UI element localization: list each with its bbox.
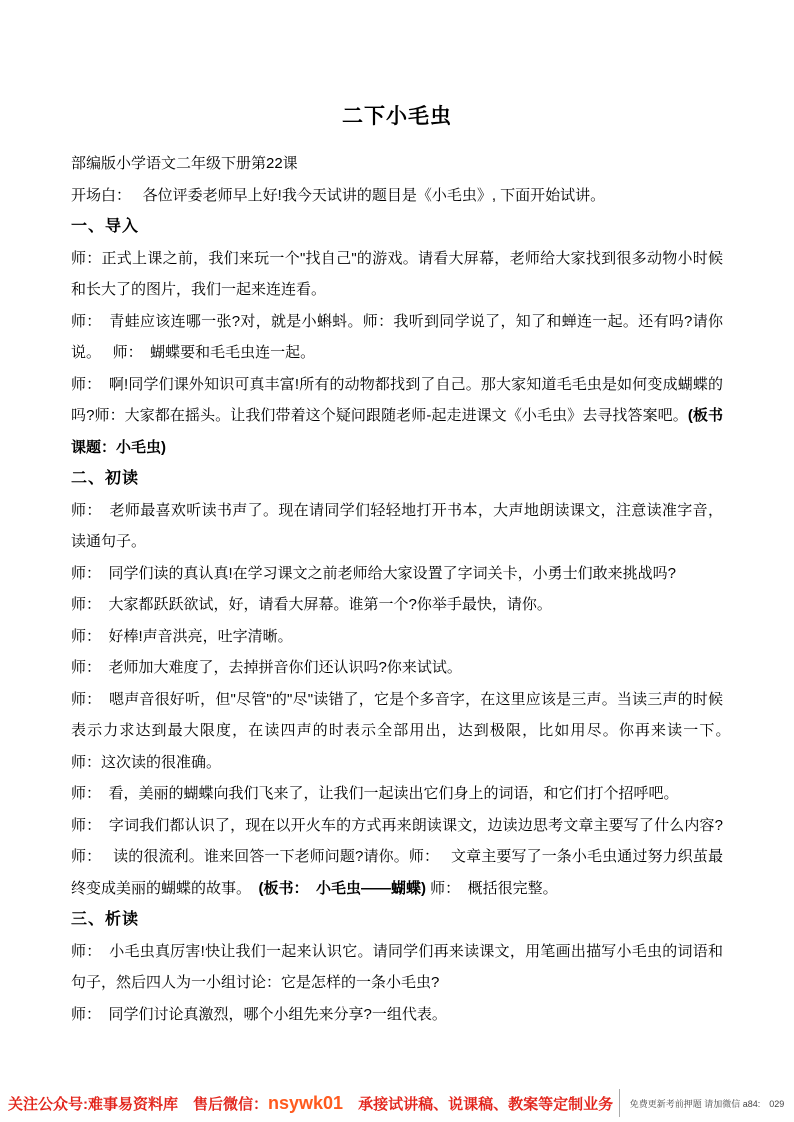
paragraph-text: 师： 小毛虫真厉害!快让我们一起来认识它。请同学们再来读课文，用笔画出描写小毛虫… (71, 943, 723, 992)
paragraph: 师： 同学们读的真认真!在学习课文之前老师给大家设置了字词关卡，小勇士们敢来挑战… (71, 558, 723, 590)
footer-banner: 关注公众号:难事易资料库 售后微信：nsywk01 承接试讲稿、说课稿、教案等定… (0, 1084, 794, 1122)
paragraph-text: 师： 青蛙应该连哪一张?对，就是小蝌蚪。师：我听到同学说了，知了和蝉连一起。还有… (71, 313, 723, 362)
paragraph-text: 师： 老师最喜欢听读书声了。现在请同学们轻轻地打开书本，大声地朗读课文，注意读准… (71, 502, 723, 551)
paragraph-text: 部编版小学语文二年级下册第22课 (71, 155, 298, 172)
footer-promo-run: 承接试讲稿、说课稿、教案等定制业务 (343, 1093, 613, 1114)
board-note-text: 三、析读 (71, 911, 139, 928)
paragraph: 师： 青蛙应该连哪一张?对，就是小蝌蚪。师：我听到同学说了，知了和蝉连一起。还有… (71, 306, 723, 369)
paragraph-text: 师： 概括很完整。 (426, 880, 558, 897)
paragraph-text: 师： 啊!同学们课外知识可真丰富!所有的动物都找到了自己。那大家知道毛毛虫是如何… (71, 376, 723, 425)
paragraph-text: 师：正式上课之前，我们来玩一个"找自己"的游戏。请看大屏幕，老师给大家找到很多动… (71, 250, 723, 299)
board-note-text: 二、初读 (71, 470, 139, 487)
footer-wechat-note: 免费更新考前押题 请加微信 a84: 029 (620, 1097, 794, 1110)
paragraph-text: 师： 看，美丽的蝴蝶向我们飞来了，让我们一起读出它们身上的词语，和它们打个招呼吧… (71, 785, 679, 802)
footer-promo-run: nsywk01 (268, 1093, 343, 1114)
paragraph: 师：正式上课之前，我们来玩一个"找自己"的游戏。请看大屏幕，老师给大家找到很多动… (71, 243, 723, 306)
paragraph: 师： 大家都跃跃欲试，好，请看大屏幕。谁第一个?你举手最快，请你。 (71, 589, 723, 621)
document-body: 部编版小学语文二年级下册第22课开场白： 各位评委老师早上好!我今天试讲的题目是… (71, 148, 723, 1030)
section-heading: 一、导入 (71, 211, 723, 243)
paragraph-text: 师： 嗯声音很好听，但"尽管"的"尽"读错了，它是个多音字，在这里应该是三声。当… (71, 691, 738, 771)
footer-promo-run: 售后微信： (178, 1093, 268, 1114)
board-note-text: (板书： 小毛虫——蝴蝶) (259, 880, 427, 897)
paragraph: 师： 字词我们都认识了，现在以开火车的方式再来朗读课文，边读边思考文章主要写了什… (71, 810, 723, 905)
footer-promo-text: 关注公众号:难事易资料库 售后微信：nsywk01 承接试讲稿、说课稿、教案等定… (0, 1093, 613, 1114)
paragraph-text: 师： 同学们讨论真激烈，哪个小组先来分享?一组代表。 (71, 1006, 447, 1023)
paragraph: 师： 同学们讨论真激烈，哪个小组先来分享?一组代表。 (71, 999, 723, 1031)
section-heading: 三、析读 (71, 904, 723, 936)
paragraph: 师： 好棒!声音洪亮，吐字清晰。 (71, 621, 723, 653)
document-content: 二下小毛虫 部编版小学语文二年级下册第22课开场白： 各位评委老师早上好!我今天… (71, 0, 723, 1030)
paragraph-text: 师： 大家都跃跃欲试，好，请看大屏幕。谁第一个?你举手最快，请你。 (71, 596, 552, 613)
paragraph: 师： 老师最喜欢听读书声了。现在请同学们轻轻地打开书本，大声地朗读课文，注意读准… (71, 495, 723, 558)
paragraph: 师： 老师加大难度了，去掉拼音你们还认识吗?你来试试。 (71, 652, 723, 684)
paragraph: 师： 嗯声音很好听，但"尽管"的"尽"读错了，它是个多音字，在这里应该是三声。当… (71, 684, 723, 779)
paragraph: 师： 看，美丽的蝴蝶向我们飞来了，让我们一起读出它们身上的词语，和它们打个招呼吧… (71, 778, 723, 810)
paragraph-text: 师： 老师加大难度了，去掉拼音你们还认识吗?你来试试。 (71, 659, 462, 676)
board-note-text: 一、导入 (71, 218, 139, 235)
paragraph: 部编版小学语文二年级下册第22课 (71, 148, 723, 180)
paragraph: 师： 小毛虫真厉害!快让我们一起来认识它。请同学们再来读课文，用笔画出描写小毛虫… (71, 936, 723, 999)
document-page: 二下小毛虫 部编版小学语文二年级下册第22课开场白： 各位评委老师早上好!我今天… (0, 0, 794, 1122)
paragraph-text: 师： 同学们读的真认真!在学习课文之前老师给大家设置了字词关卡，小勇士们敢来挑战… (71, 565, 676, 582)
paragraph: 师： 啊!同学们课外知识可真丰富!所有的动物都找到了自己。那大家知道毛毛虫是如何… (71, 369, 723, 464)
paragraph-text: 师： 好棒!声音洪亮，吐字清晰。 (71, 628, 293, 645)
footer-promo-run: 关注公众号:难事易资料库 (8, 1093, 178, 1114)
paragraph: 开场白： 各位评委老师早上好!我今天试讲的题目是《小毛虫》, 下面开始试讲。 (71, 180, 723, 212)
paragraph-text: 开场白： 各位评委老师早上好!我今天试讲的题目是《小毛虫》, 下面开始试讲。 (71, 187, 605, 204)
document-title: 二下小毛虫 (71, 100, 723, 134)
section-heading: 二、初读 (71, 463, 723, 495)
